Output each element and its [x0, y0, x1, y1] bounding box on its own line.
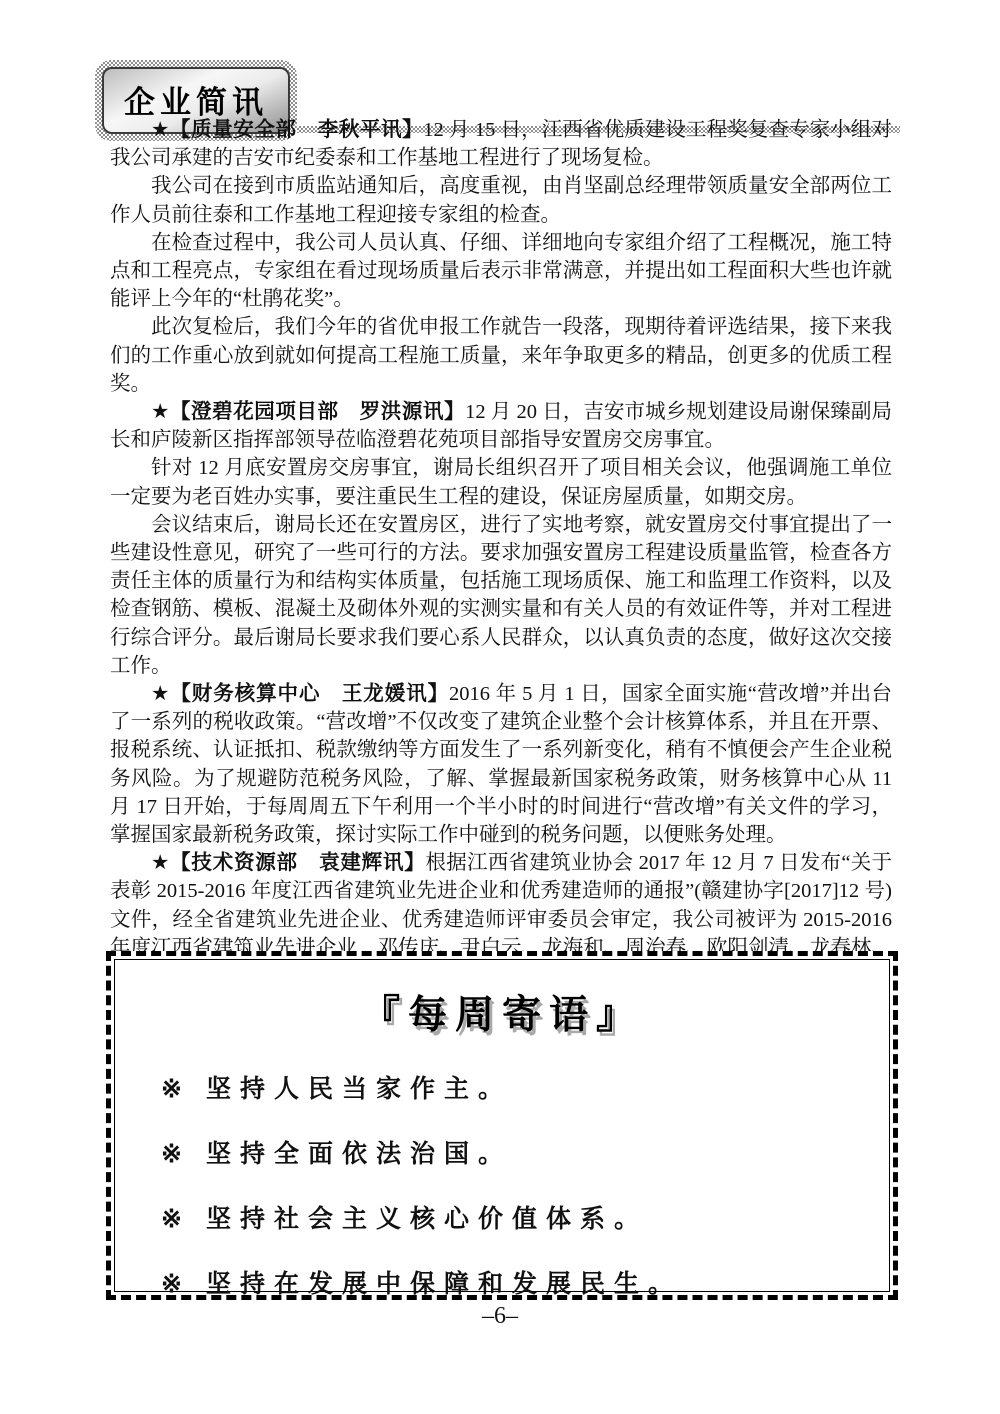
- article-paragraph: 此次复检后，我们今年的省优申报工作就告一段落，现期待着评选结果，接下来我们的工作…: [110, 313, 892, 398]
- page-number: –6–: [0, 1303, 1000, 1330]
- weekly-message-item: ※ 坚持社会主义核心价值体系。: [161, 1199, 843, 1235]
- article-head: ★【技术资源部 袁建辉讯】: [151, 851, 426, 874]
- article-paragraph: 会议结束后，谢局长还在安置房区，进行了实地考察，就安置房交付事宜提出了一些建设性…: [110, 511, 892, 680]
- article-head: ★【财务核算中心 王龙媛讯】: [151, 682, 449, 705]
- weekly-message-text: 坚持在发展中保障和发展民生。: [206, 1264, 682, 1300]
- reference-mark-icon: ※: [161, 1269, 182, 1299]
- article-paragraph: ★【质量安全部 李秋平讯】12 月 15 日，江西省优质建设工程奖复查专家小组对…: [110, 116, 892, 172]
- article-paragraph: ★【澄碧花园项目部 罗洪源讯】12 月 20 日，吉安市城乡规划建设局谢保臻副局…: [110, 398, 892, 454]
- article-body: 在检查过程中，我公司人员认真、仔细、详细地向专家组介绍了工程概况，施工特点和工程…: [110, 232, 892, 310]
- weekly-message-text: 坚持社会主义核心价值体系。: [206, 1199, 648, 1235]
- article-body: 此次复检后，我们今年的省优申报工作就告一段落，现期待着评选结果，接下来我们的工作…: [110, 316, 892, 394]
- weekly-message-text: 坚持全面依法治国。: [206, 1134, 512, 1170]
- article-paragraph: 针对 12 月底安置房交房事宜，谢局长组织召开了项目相关会议，他强调施工单位一定…: [110, 454, 892, 510]
- reference-mark-icon: ※: [161, 1139, 182, 1169]
- article-paragraph: 我公司在接到市质监站通知后，高度重视，由肖坚副总经理带领质量安全部两位工作人员前…: [110, 172, 892, 228]
- article-body: 我公司在接到市质监站通知后，高度重视，由肖坚副总经理带领质量安全部两位工作人员前…: [110, 175, 892, 225]
- article-body: 会议结束后，谢局长还在安置房区，进行了实地考察，就安置房交付事宜提出了一些建设性…: [110, 514, 892, 677]
- article-body: 2016 年 5 月 1 日，国家全面实施“营改增”并出台了一系列的税收政策。“…: [110, 683, 892, 846]
- weekly-message-item: ※ 坚持全面依法治国。: [161, 1134, 843, 1170]
- weekly-message-title: 『每周寄语』: [161, 984, 843, 1040]
- article-head: ★【质量安全部 李秋平讯】: [151, 118, 423, 141]
- weekly-message-item: ※ 坚持人民当家作主。: [161, 1069, 843, 1105]
- article-head: ★【澄碧花园项目部 罗洪源讯】: [151, 400, 465, 423]
- articles-column: ★【质量安全部 李秋平讯】12 月 15 日，江西省优质建设工程奖复查专家小组对…: [110, 116, 892, 990]
- reference-mark-icon: ※: [161, 1204, 182, 1234]
- article-paragraph: 在检查过程中，我公司人员认真、仔细、详细地向专家组介绍了工程概况，施工特点和工程…: [110, 229, 892, 314]
- newsletter-page: 企业简讯 ★【质量安全部 李秋平讯】12 月 15 日，江西省优质建设工程奖复查…: [0, 0, 1000, 1414]
- article-paragraph: ★【财务核算中心 王龙媛讯】2016 年 5 月 1 日，国家全面实施“营改增”…: [110, 680, 892, 849]
- weekly-message-box: 『每周寄语』 ※ 坚持人民当家作主。 ※ 坚持全面依法治国。 ※ 坚持社会主义核…: [106, 951, 898, 1300]
- weekly-message-item: ※ 坚持在发展中保障和发展民生。: [161, 1264, 843, 1300]
- weekly-message-text: 坚持人民当家作主。: [206, 1069, 512, 1105]
- weekly-message-inner-frame: 『每周寄语』 ※ 坚持人民当家作主。 ※ 坚持全面依法治国。 ※ 坚持社会主义核…: [114, 959, 890, 1292]
- article-body: 针对 12 月底安置房交房事宜，谢局长组织召开了项目相关会议，他强调施工单位一定…: [110, 457, 892, 507]
- reference-mark-icon: ※: [161, 1074, 182, 1104]
